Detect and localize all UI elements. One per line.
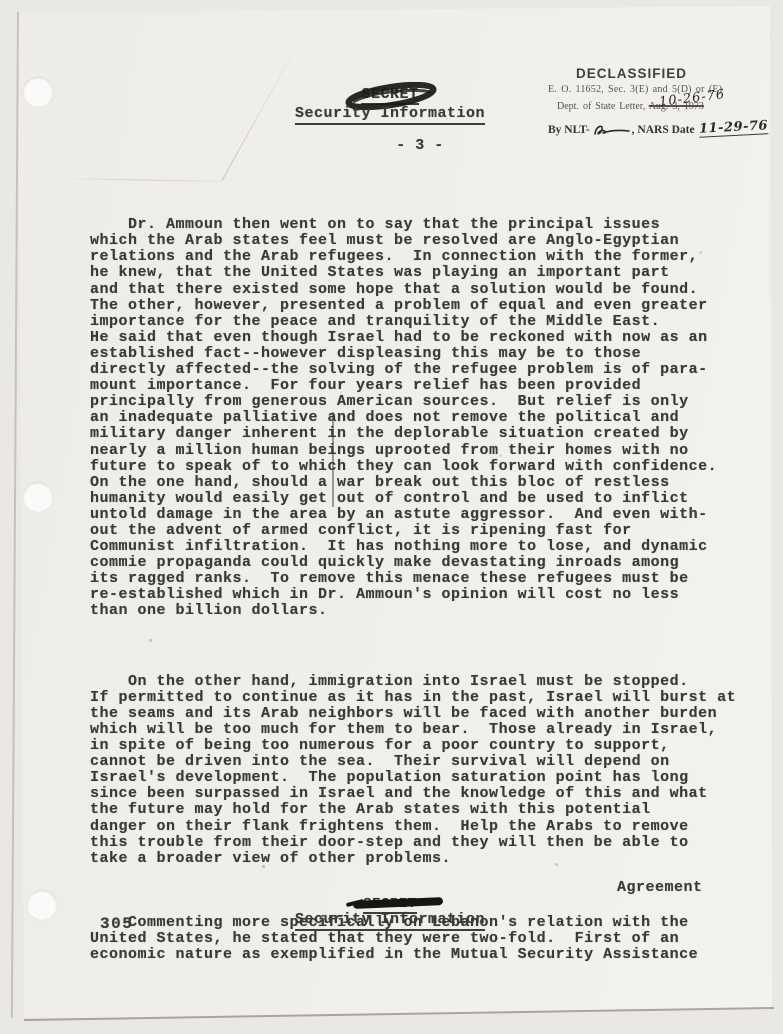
body-paragraph-1: Dr. Ammoun then went on to say that the … [90, 217, 736, 619]
dept-of-state-line: Dept. of State Letter, Aug. 3, 1973 10-2… [557, 101, 782, 112]
footer-security-information: Security Information [250, 911, 530, 928]
by-prefix: By NLT- [548, 124, 590, 136]
paper-left-edge [11, 12, 19, 1018]
by-nars-line: By NLT- , NARS Date 11-29-76 [548, 120, 782, 136]
hole-punch-top [23, 77, 53, 107]
body-paragraph-2: On the other hand, immigration into Isra… [90, 674, 736, 867]
hole-punch-bottom [27, 890, 57, 920]
document-body: Dr. Ammoun then went on to say that the … [90, 185, 736, 996]
hole-punch-middle [23, 482, 53, 512]
declassified-title: DECLASSIFIED [576, 66, 782, 81]
document-scan: SECRET Security Information - 3 - DECLAS… [0, 0, 783, 1034]
scan-specks [0, 0, 1, 1]
carryover-word: Agreement [617, 879, 703, 896]
handwritten-signature-icon [591, 122, 631, 138]
header-security-information: Security Information [250, 105, 530, 122]
declassified-stamp: DECLASSIFIED E. O. 11652, Sec. 3(E) and … [548, 66, 782, 136]
page-reference-number: 305 [100, 915, 133, 933]
nars-label: , NARS Date [632, 124, 695, 136]
page-number: - 3 - [280, 137, 560, 154]
handwritten-date-2: 11-29-76 [698, 118, 768, 138]
